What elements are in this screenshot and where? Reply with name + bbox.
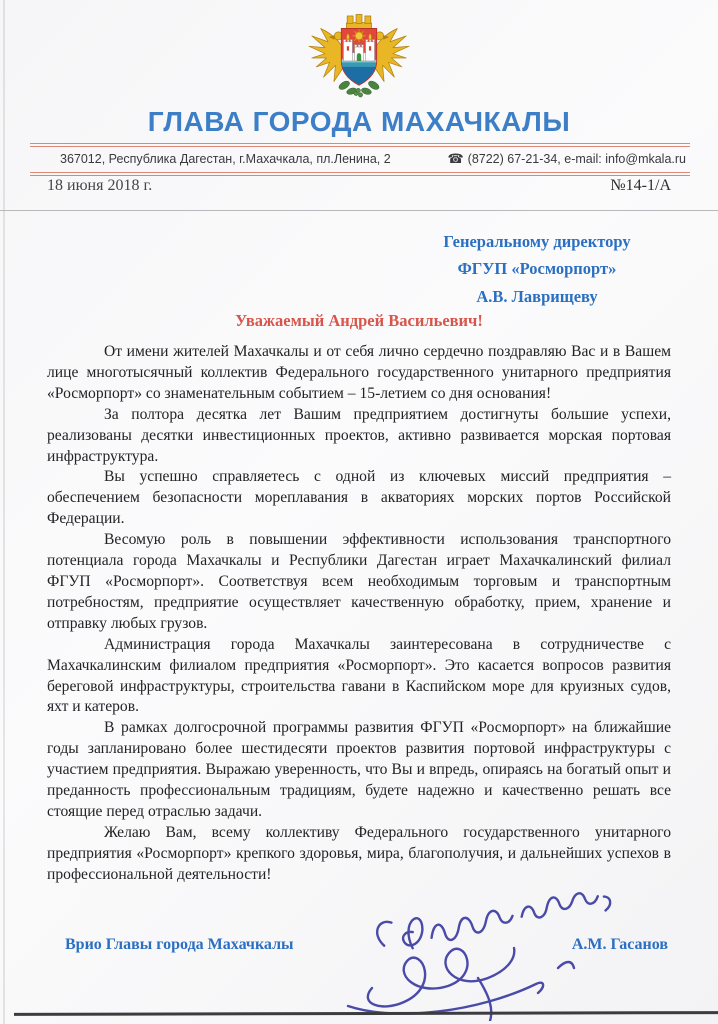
- phone-icon: ☎: [447, 151, 463, 166]
- paragraph: Желаю Вам, всему коллективу Федерального…: [47, 823, 671, 886]
- crown-icon: [346, 14, 371, 28]
- letter-body: От имени жителей Махачкалы и от себя лич…: [47, 342, 671, 886]
- contact-info: ☎(8722) 67-21-34, e-mail: info@mkala.ru: [447, 151, 690, 167]
- recipient-position: Генеральному директору: [392, 228, 682, 255]
- scan-edge-left: [3, 0, 5, 1024]
- phone-email-text: (8722) 67-21-34, e-mail: info@mkala.ru: [468, 152, 686, 166]
- letter-date: 18 июня 2018 г.: [47, 177, 152, 195]
- scan-edge-bottom: [14, 1011, 718, 1016]
- salutation: Уважаемый Андрей Васильевич!: [47, 311, 671, 331]
- paragraph: От имени жителей Махачкалы и от себя лич…: [47, 342, 671, 405]
- signer-position: Врио Главы города Махачкалы: [65, 936, 294, 954]
- header-divider: [0, 210, 718, 211]
- makhachkala-coat-of-arms-icon: [300, 13, 418, 103]
- signer-name: А.М. Гасанов: [572, 936, 668, 954]
- paragraph: Вы успешно справляетесь с одной из ключе…: [47, 467, 671, 530]
- recipient-name: А.В. Лаврищеву: [392, 283, 682, 310]
- paragraph: За полтора десятка лет Вашим предприятие…: [47, 405, 671, 468]
- letterhead-address-bar: 367012, Республика Дагестан, г.Махачкала…: [30, 143, 690, 176]
- signature-row: Врио Главы города Махачкалы А.М. Гасанов: [65, 936, 668, 954]
- date-number-row: 18 июня 2018 г. №14-1/А: [47, 177, 671, 195]
- paragraph: Весомую роль в повышении эффективности и…: [47, 530, 671, 635]
- document-number: №14-1/А: [610, 177, 671, 195]
- letter-page: ГЛАВА ГОРОДА МАХАЧКАЛЫ 367012, Республик…: [0, 0, 718, 1024]
- paragraph: В рамках долгосрочной программы развития…: [47, 718, 671, 823]
- recipient-block: Генеральному директору ФГУП «Росморпорт»…: [392, 228, 682, 310]
- postal-address: 367012, Республика Дагестан, г.Махачкала…: [30, 152, 391, 166]
- page-title: ГЛАВА ГОРОДА МАХАЧКАЛЫ: [0, 106, 718, 138]
- paragraph: Администрация города Махачкалы заинтерес…: [47, 635, 671, 719]
- recipient-organization: ФГУП «Росморпорт»: [392, 255, 682, 282]
